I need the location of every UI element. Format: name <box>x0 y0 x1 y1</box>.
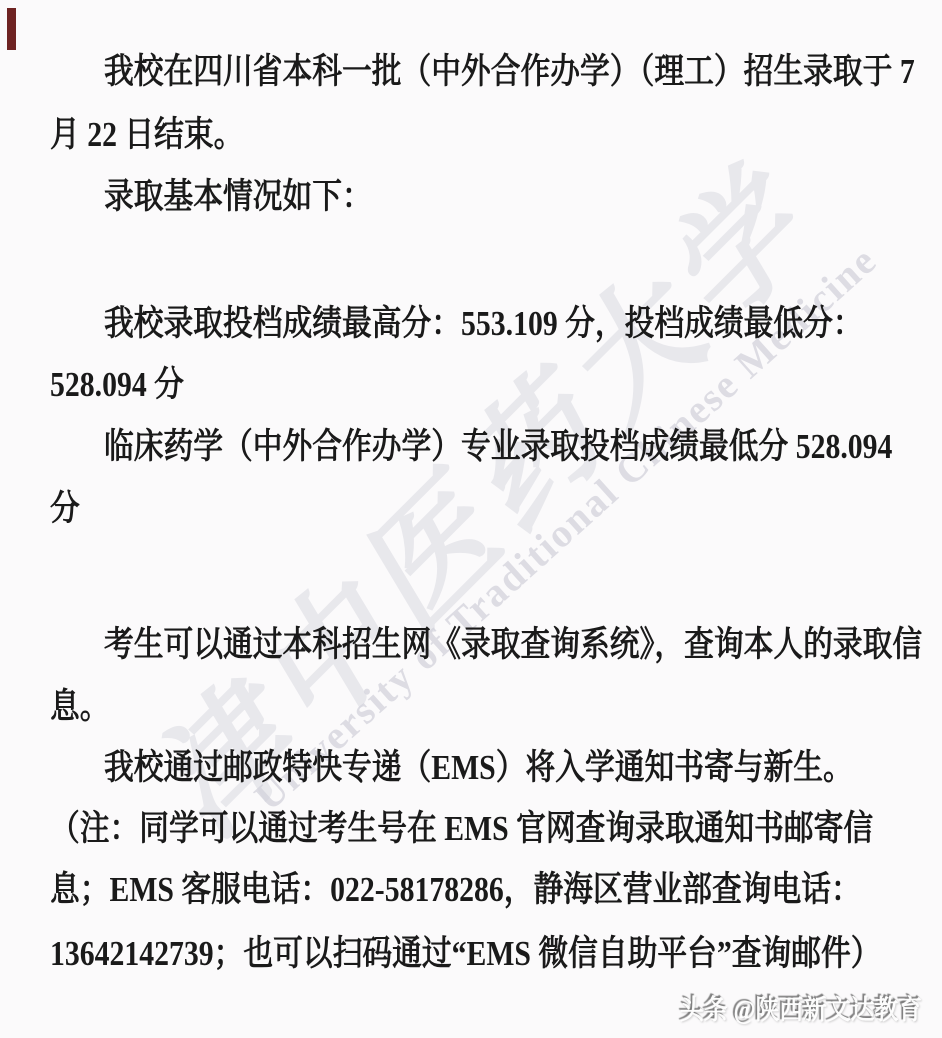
document-line: 录取基本情况如下： <box>104 178 372 216</box>
document-line: 考生可以通过本科招生网《录取查询系统》，查询本人的录取信 <box>104 626 922 664</box>
document-line: 我校通过邮政特快专递（EMS）将入学通知书寄与新生。 <box>104 749 853 787</box>
toutiao-watermark: 头条 @陕西新文达教育 <box>680 988 922 1027</box>
document-line: 13642142739；也可以扫码通过“EMS 微信自助平台”查询邮件） <box>50 935 881 973</box>
document-line: 息；EMS 客服电话：022-58178286，静海区营业部查询电话： <box>50 871 861 909</box>
document-line: 528.094 分 <box>50 366 184 404</box>
document-line: 我校在四川省本科一批（中外合作办学）（理工）招生录取于 7 <box>104 53 915 91</box>
document-line: 临床药学（中外合作办学）专业录取投档成绩最低分 528.094 <box>104 428 892 466</box>
document-line: 月 22 日结束。 <box>50 116 243 154</box>
red-corner-mark <box>7 8 16 50</box>
document-line: 息。 <box>50 688 110 726</box>
document-line: 我校录取投档成绩最高分：553.109 分，投档成绩最低分： <box>104 305 863 343</box>
document-line: （注：同学可以通过考生号在 EMS 官网查询录取通知书邮寄信 <box>50 810 873 848</box>
document-line: 分 <box>50 490 80 528</box>
page: 津中医药大学 University of Traditional Chinese… <box>0 0 942 1038</box>
